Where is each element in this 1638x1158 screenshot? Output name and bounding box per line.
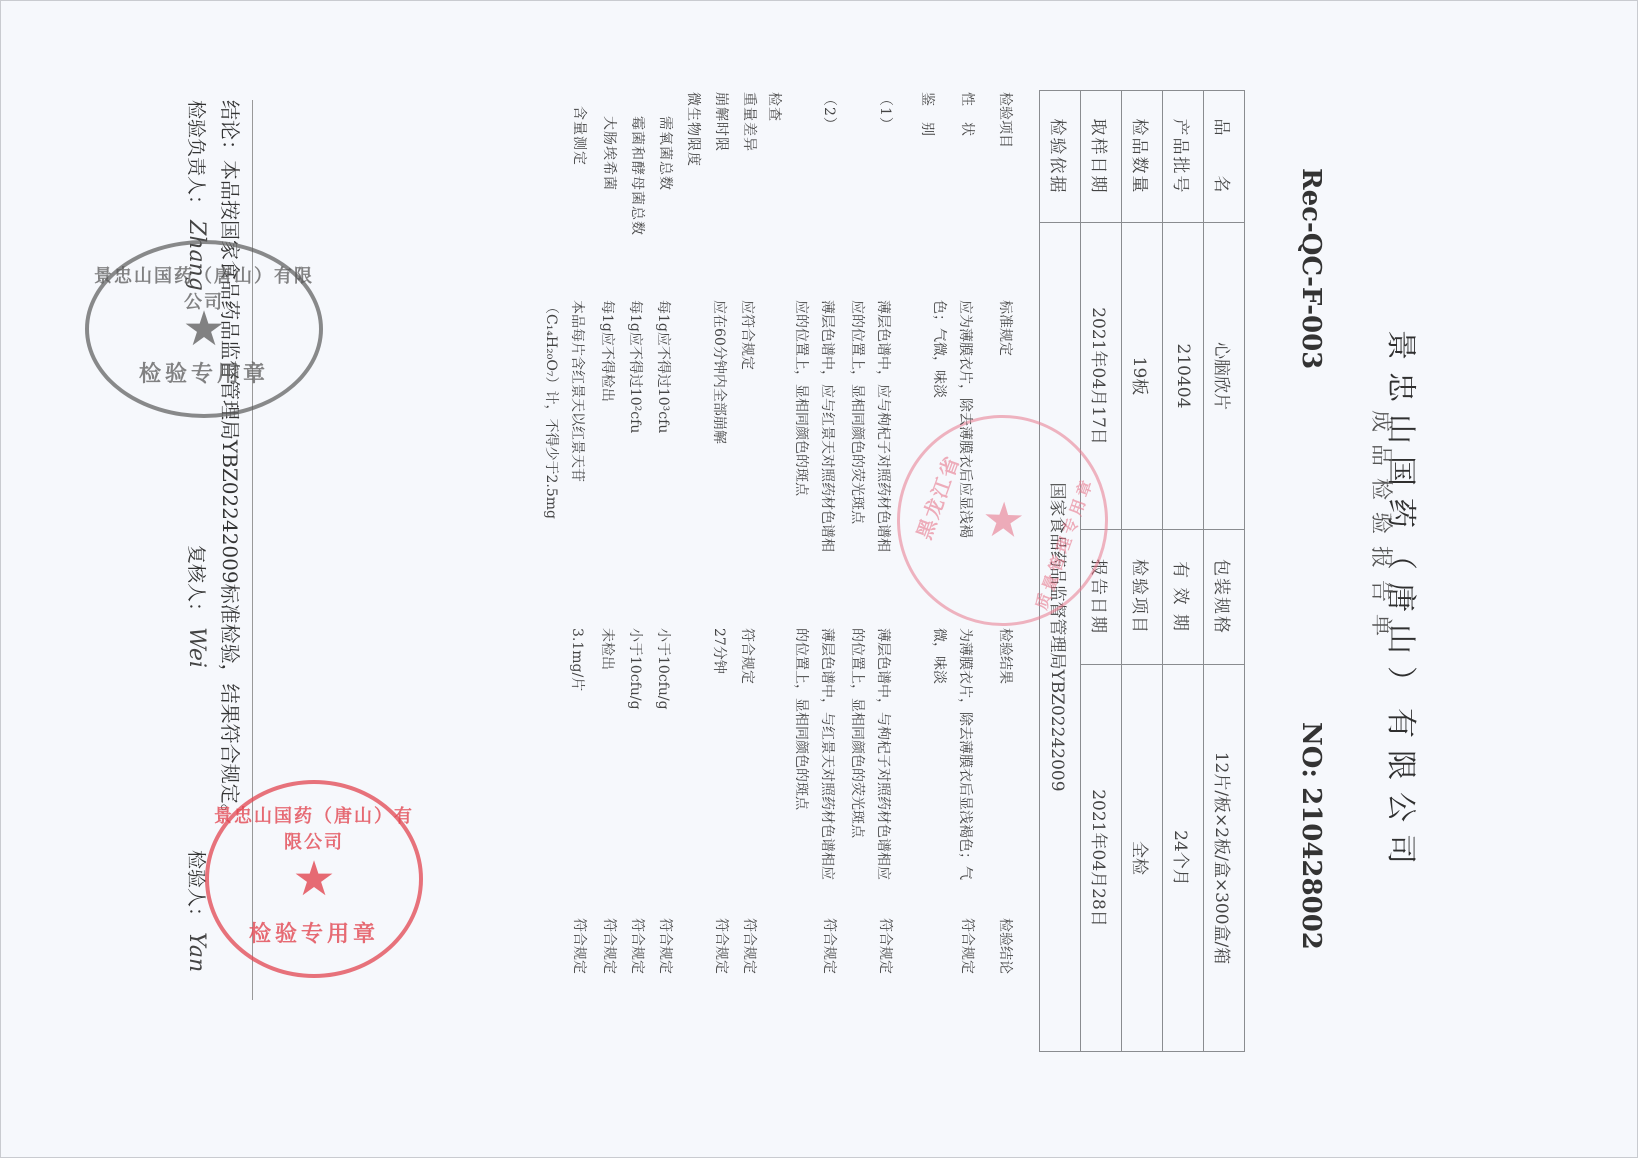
test-result: 为薄膜衣片，除去薄膜衣后显浅褐色；气微，味淡 bbox=[926, 628, 978, 880]
test-standard: 薄层色谱中，应与枸杞子对照药材色谱相应的位置上，显相同颜色的荧光斑点 bbox=[844, 300, 896, 552]
test-result-line: 为薄膜衣片，除去薄膜衣后显浅褐色；气 bbox=[952, 628, 978, 880]
test-result: 薄层色谱中，与枸杞子对照药材色谱相应的位置上，显相同颜色的荧光斑点 bbox=[844, 628, 896, 880]
test-conclusion: 符合规定 bbox=[712, 918, 732, 974]
batch-label: 产品批号 bbox=[1163, 91, 1204, 223]
test-standard-line: 色；气微，味淡 bbox=[926, 300, 952, 538]
test-result-line: 符合规定 bbox=[734, 628, 760, 684]
test-result: 小于10cfu/g bbox=[622, 628, 648, 710]
test-result-line: 的位置上，显相同颜色的斑点 bbox=[788, 628, 814, 880]
supervisor-label: 检验负责人： bbox=[185, 100, 207, 214]
inspection-seal-red: 景忠山国药（唐山）有限公司 ★ 检验专用章 bbox=[205, 780, 423, 978]
report-date-value: 2021年04月28日 bbox=[1081, 665, 1122, 1052]
test-standard: 本品每片含红景天以红景天苷（C₁₄H₂₀O₇）计，不得少于2.5mg bbox=[538, 300, 590, 519]
test-standard-line: 薄层色谱中，应与红景天对照药材色谱相 bbox=[814, 300, 840, 552]
test-standard: 薄层色谱中，应与红景天对照药材色谱相应的位置上，显相同颜色的斑点 bbox=[788, 300, 840, 552]
test-result-line: 小于10cfu/g bbox=[650, 628, 676, 710]
test-item-label: 霉菌和酵母菌总数 bbox=[628, 116, 648, 236]
test-item-label: 性 状 bbox=[958, 92, 978, 137]
test-conclusion: 符合规定 bbox=[958, 918, 978, 974]
test-item-label: 重量差异 bbox=[740, 92, 760, 152]
report-number: NO: 210428002 bbox=[1296, 722, 1326, 950]
test-standard-line: 薄层色谱中，应与枸杞子对照药材色谱相 bbox=[870, 300, 896, 552]
test-standard-line: 应符合规定 bbox=[734, 300, 760, 370]
test-standard-line: 应为薄膜衣片，除去薄膜衣后应显浅褐 bbox=[952, 300, 978, 538]
quantity-label: 检品数量 bbox=[1122, 91, 1163, 223]
reviewer-signature-block: 复核人： Wei bbox=[184, 545, 211, 668]
test-item-label: 崩解时限 bbox=[712, 92, 732, 152]
basis-value: 国家食品药品监督管理局YBZ02242009 bbox=[1040, 223, 1081, 1052]
product-name-value: 心脑欣片 bbox=[1204, 223, 1245, 530]
product-name-label: 品 名 bbox=[1204, 91, 1245, 223]
test-item-label: 鉴 别 bbox=[918, 92, 938, 137]
test-result: 薄层色谱中，与红景天对照药材色谱相应的位置上，显相同颜色的斑点 bbox=[788, 628, 840, 880]
inspector-label: 检验人： bbox=[185, 850, 207, 926]
report-title: 成品检验报告单 bbox=[1367, 410, 1398, 648]
test-item-label: 微生物限度 bbox=[684, 92, 704, 167]
test-standard-line: 每1g应不得过10³cfu bbox=[650, 300, 676, 433]
test-result-line: 微，味淡 bbox=[926, 628, 952, 880]
test-standard-line: 应的位置上，显相同颜色的斑点 bbox=[788, 300, 814, 552]
test-conclusion: 符合规定 bbox=[740, 918, 760, 974]
test-standard-line: （C₁₄H₂₀O₇）计，不得少于2.5mg bbox=[538, 300, 564, 519]
test-standard-line: 本品每片含红景天以红景天苷 bbox=[564, 300, 590, 519]
test-standard: 每1g应不得过10²cfu bbox=[622, 300, 648, 433]
form-code: Rec-QC-F-003 bbox=[1296, 168, 1326, 369]
test-standard-line: 应在60分钟内全部崩解 bbox=[706, 300, 732, 444]
test-result: 未检出 bbox=[594, 628, 620, 670]
test-conclusion: 符合规定 bbox=[876, 918, 896, 974]
test-conclusion: 符合规定 bbox=[628, 918, 648, 974]
shelf-life-value: 24个月 bbox=[1163, 665, 1204, 1052]
test-standard: 应在60分钟内全部崩解 bbox=[706, 300, 732, 444]
test-item-label: （2） bbox=[820, 92, 840, 132]
star-icon: ★ bbox=[973, 492, 1033, 549]
test-item-label: 含量测定 bbox=[570, 106, 590, 166]
test-result: 27分钟 bbox=[706, 628, 732, 674]
test-result-line: 小于10cfu/g bbox=[622, 628, 648, 710]
reviewer-signature: Wei bbox=[184, 627, 209, 668]
package-spec-value: 12片/板×2板/盒×300盒/箱 bbox=[1204, 665, 1245, 1052]
test-conclusion: 符合规定 bbox=[600, 918, 620, 974]
test-standard: 每1g应不得检出 bbox=[594, 300, 620, 402]
package-spec-label: 包装规格 bbox=[1204, 530, 1245, 665]
batch-value: 210404 bbox=[1163, 223, 1204, 530]
test-item-label: 检查 bbox=[765, 92, 785, 122]
table-row: 产品批号 210404 有 效 期 24个月 bbox=[1163, 91, 1204, 1052]
test-item-value: 全检 bbox=[1122, 665, 1163, 1052]
col-header-result: 检验结果 bbox=[996, 628, 1016, 684]
col-header-standard: 标准规定 bbox=[996, 300, 1016, 356]
basis-label: 检验依据 bbox=[1040, 91, 1081, 223]
conclusion-text: 结论：本品按国家食品药品监督管理局YBZ02242009标准检验，结果符合规定。 bbox=[217, 100, 246, 824]
inspection-report-document: 景忠山国药（唐山）有限公司 Rec-QC-F-003 成品检验报告单 NO: 2… bbox=[0, 0, 1638, 1158]
test-conclusion: 符合规定 bbox=[820, 918, 840, 974]
test-item-label: 需氧菌总数 bbox=[656, 116, 676, 191]
test-result: 3.1mg/片 bbox=[564, 628, 590, 691]
test-standard-line: 每1g应不得检出 bbox=[594, 300, 620, 402]
test-standard: 应符合规定 bbox=[734, 300, 760, 370]
test-result-line: 3.1mg/片 bbox=[564, 628, 590, 691]
reviewer-label: 复核人： bbox=[185, 545, 207, 621]
test-conclusion: 符合规定 bbox=[570, 918, 590, 974]
test-standard: 应为薄膜衣片，除去薄膜衣后应显浅褐色；气微，味淡 bbox=[926, 300, 978, 538]
test-item-label: 大肠埃希菌 bbox=[600, 116, 620, 191]
test-item-label: （1） bbox=[876, 92, 896, 132]
inspection-seal-gray: 景忠山国药（唐山）有限公司 ★ 检验专用章 bbox=[85, 240, 323, 418]
inspector-signature: Yan bbox=[184, 932, 209, 972]
test-result-line: 27分钟 bbox=[706, 628, 732, 674]
test-result-line: 的位置上，显相同颜色的荧光斑点 bbox=[844, 628, 870, 880]
test-result-line: 薄层色谱中，与红景天对照药材色谱相应 bbox=[814, 628, 840, 880]
test-result-line: 薄层色谱中，与枸杞子对照药材色谱相应 bbox=[870, 628, 896, 880]
table-row: 检品数量 19板 检验项目 全检 bbox=[1122, 91, 1163, 1052]
test-standard-line: 应的位置上，显相同颜色的荧光斑点 bbox=[844, 300, 870, 552]
test-conclusion: 符合规定 bbox=[656, 918, 676, 974]
test-standard-line: 每1g应不得过10²cfu bbox=[622, 300, 648, 433]
sample-date-label: 取样日期 bbox=[1081, 91, 1122, 223]
test-result: 符合规定 bbox=[734, 628, 760, 684]
test-result: 小于10cfu/g bbox=[650, 628, 676, 710]
table-row: 品 名 心脑欣片 包装规格 12片/板×2板/盒×300盒/箱 bbox=[1204, 91, 1245, 1052]
shelf-life-label: 有 效 期 bbox=[1163, 530, 1204, 665]
test-standard: 每1g应不得过10³cfu bbox=[650, 300, 676, 433]
col-header-conclusion: 检验结论 bbox=[996, 918, 1016, 974]
test-result-line: 未检出 bbox=[594, 628, 620, 670]
col-header-item: 检验项目 bbox=[996, 92, 1016, 148]
quantity-value: 19板 bbox=[1122, 223, 1163, 530]
star-icon: ★ bbox=[292, 855, 335, 903]
test-item-label: 检验项目 bbox=[1122, 530, 1163, 665]
